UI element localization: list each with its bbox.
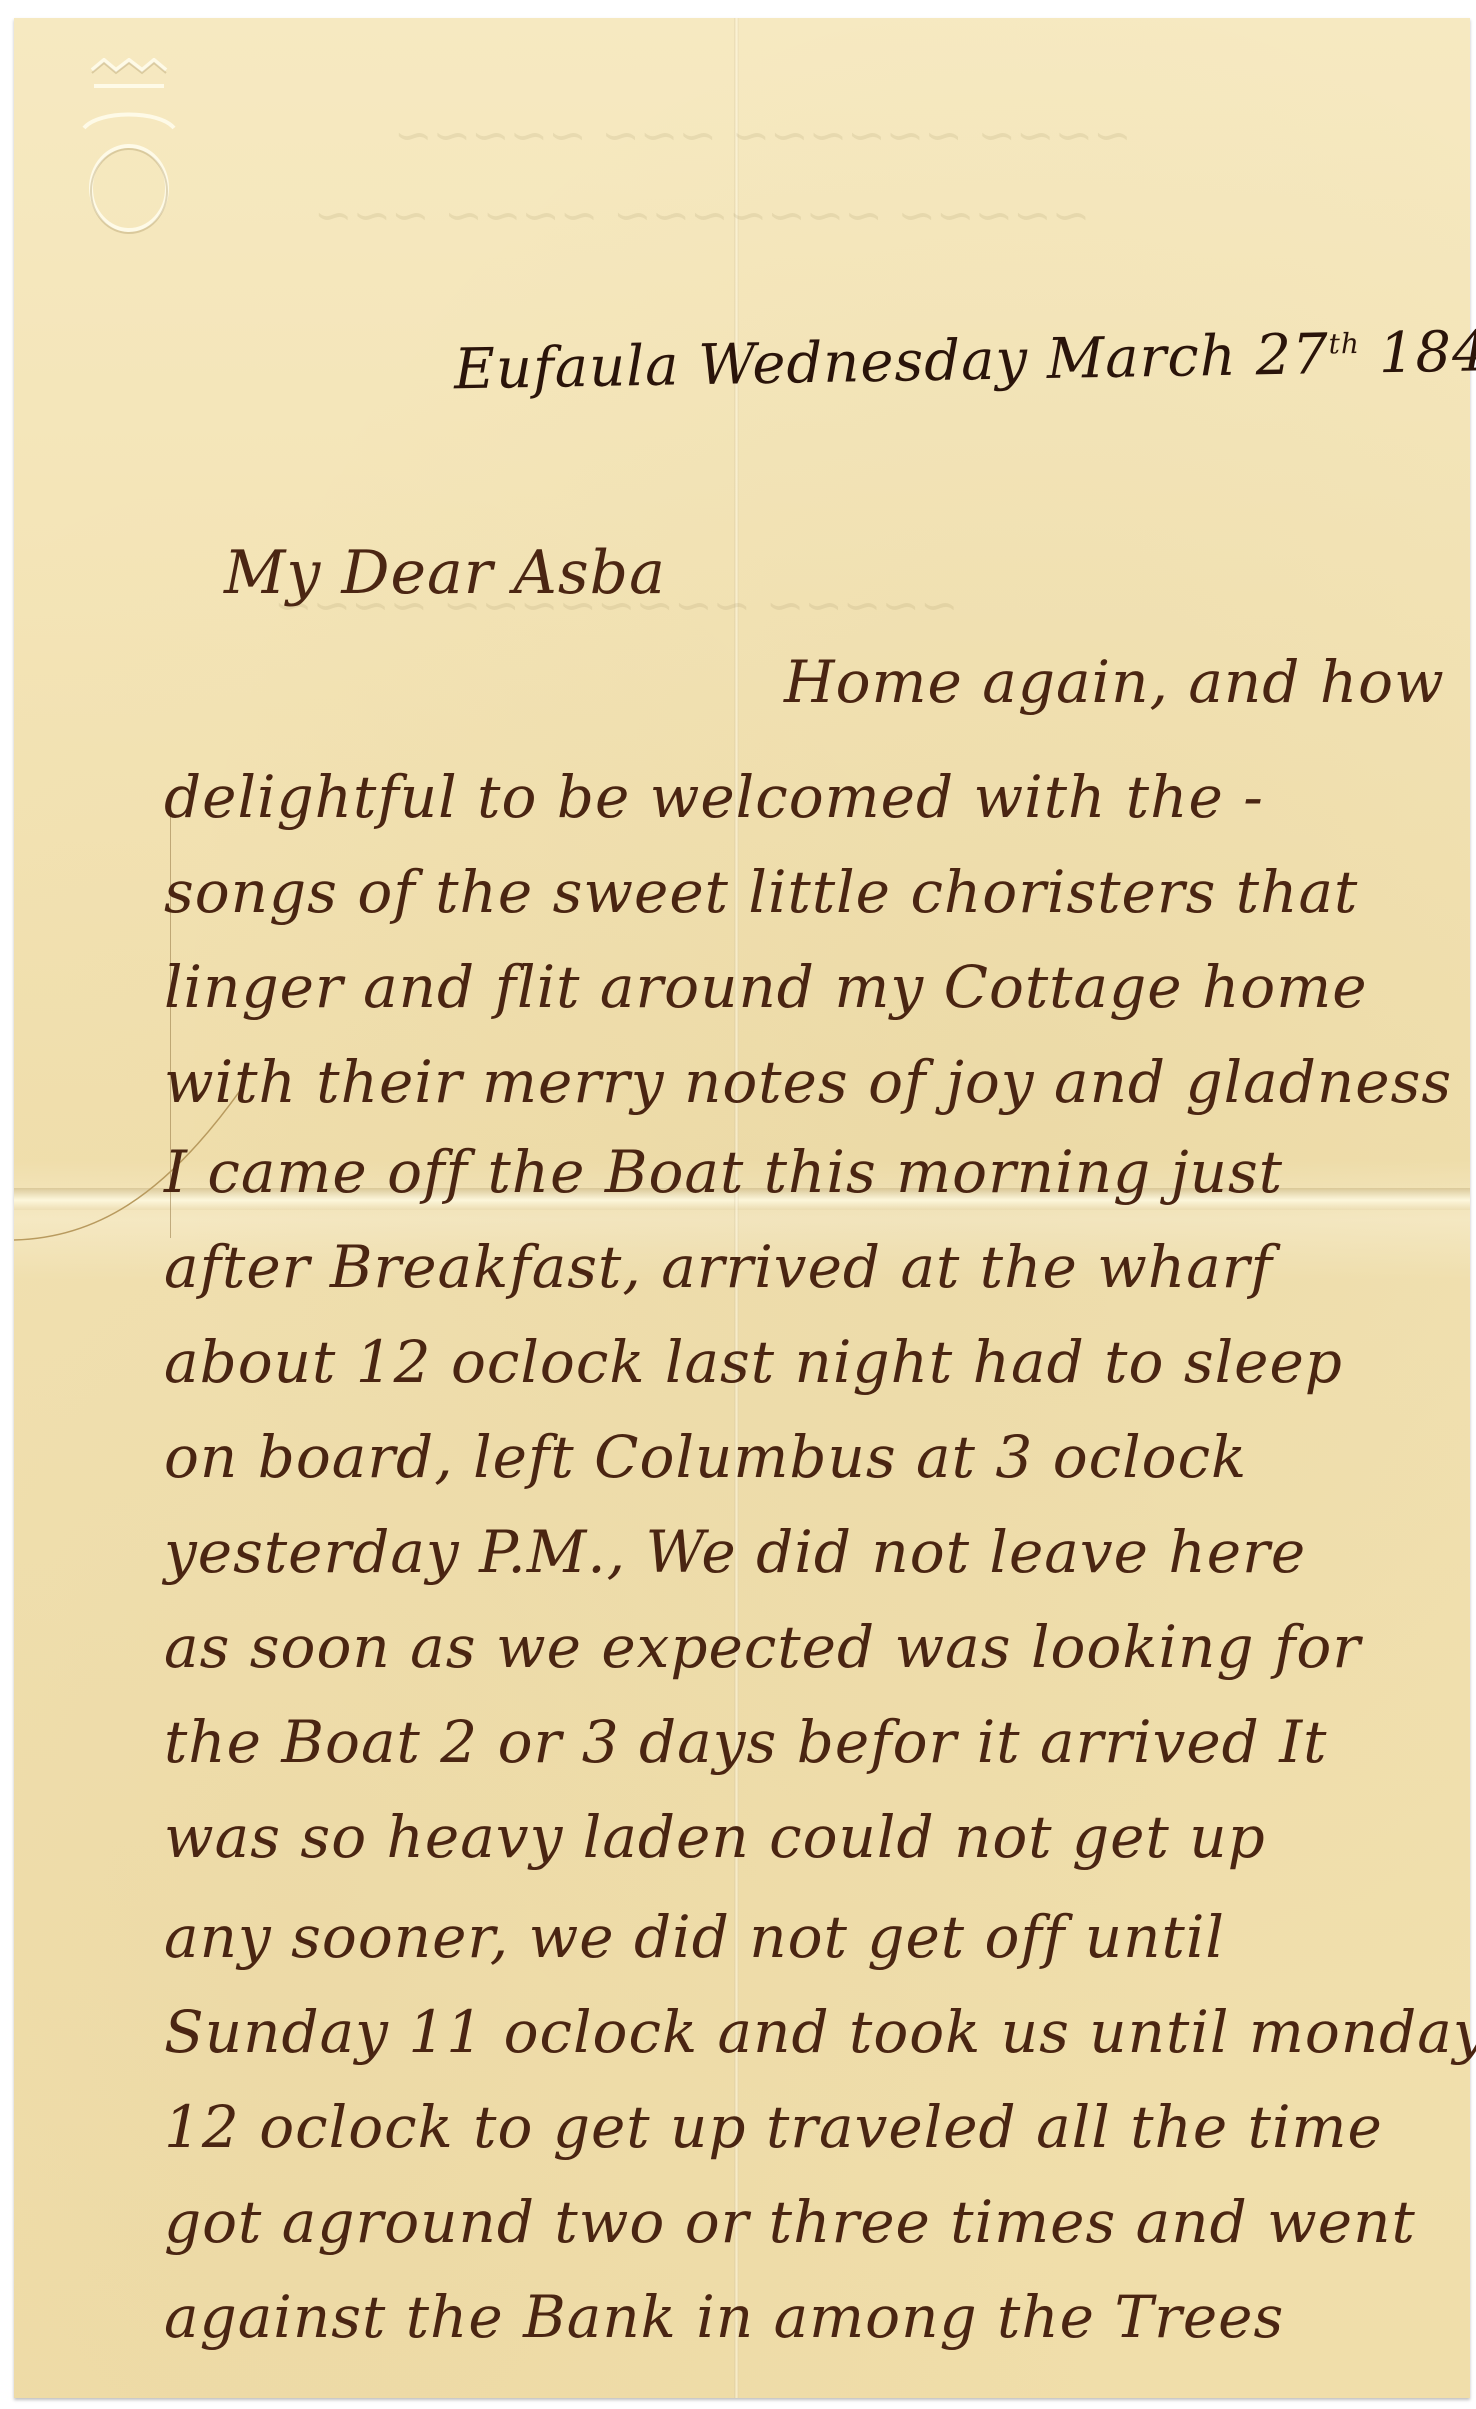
dateline-place-day: Eufaula Wednesday March 27 xyxy=(454,322,1330,402)
body-line: songs of the sweet little choristers tha… xyxy=(164,858,1358,926)
crown-crest-icon xyxy=(74,58,184,248)
letter-page: ~~~~ ~~~~~~ ~~~ ~~~~~ ~~~~~ ~~~~~~~ ~~~~… xyxy=(14,18,1470,2398)
body-line: Sunday 11 oclock and took us until monda… xyxy=(164,1998,1476,2066)
body-line: against the Bank in among the Trees xyxy=(164,2283,1284,2351)
body-line: yesterday P.M., We did not leave here xyxy=(164,1518,1306,1586)
body-line: Home again, and how xyxy=(784,648,1445,716)
bleed-through-text: ~~~~~ ~~~~~~~ ~~~~ ~~~ xyxy=(314,188,1090,242)
body-line: any sooner, we did not get off until xyxy=(164,1903,1225,1971)
body-line: got aground two or three times and went xyxy=(164,2188,1416,2256)
body-line: was so heavy laden could not get up xyxy=(164,1803,1266,1871)
body-line: the Boat 2 or 3 days befor it arrived It xyxy=(164,1708,1327,1776)
body-line: as soon as we expected was looking for xyxy=(164,1613,1361,1681)
letter-salutation: My Dear Asba xyxy=(224,538,666,608)
body-line: after Breakfast, arrived at the wharf xyxy=(164,1233,1273,1301)
bleed-through-text: ~~~~ ~~~~~~ ~~~ ~~~~~ xyxy=(394,108,1132,162)
body-line: I came off the Boat this morning just xyxy=(164,1138,1283,1206)
letter-dateline: Eufaula Wednesday March 27th 1841 xyxy=(454,319,1476,403)
dateline-ordinal: th xyxy=(1328,327,1360,361)
body-line: with their merry notes of joy and gladne… xyxy=(164,1048,1452,1116)
body-line: on board, left Columbus at 3 oclock xyxy=(164,1423,1247,1491)
body-line: linger and flit around my Cottage home xyxy=(164,953,1368,1021)
dateline-year: 1841 xyxy=(1378,319,1476,387)
body-line: delightful to be welcomed with the - xyxy=(164,763,1264,831)
body-line: about 12 oclock last night had to sleep xyxy=(164,1328,1343,1396)
body-line: 12 oclock to get up traveled all the tim… xyxy=(164,2093,1383,2161)
